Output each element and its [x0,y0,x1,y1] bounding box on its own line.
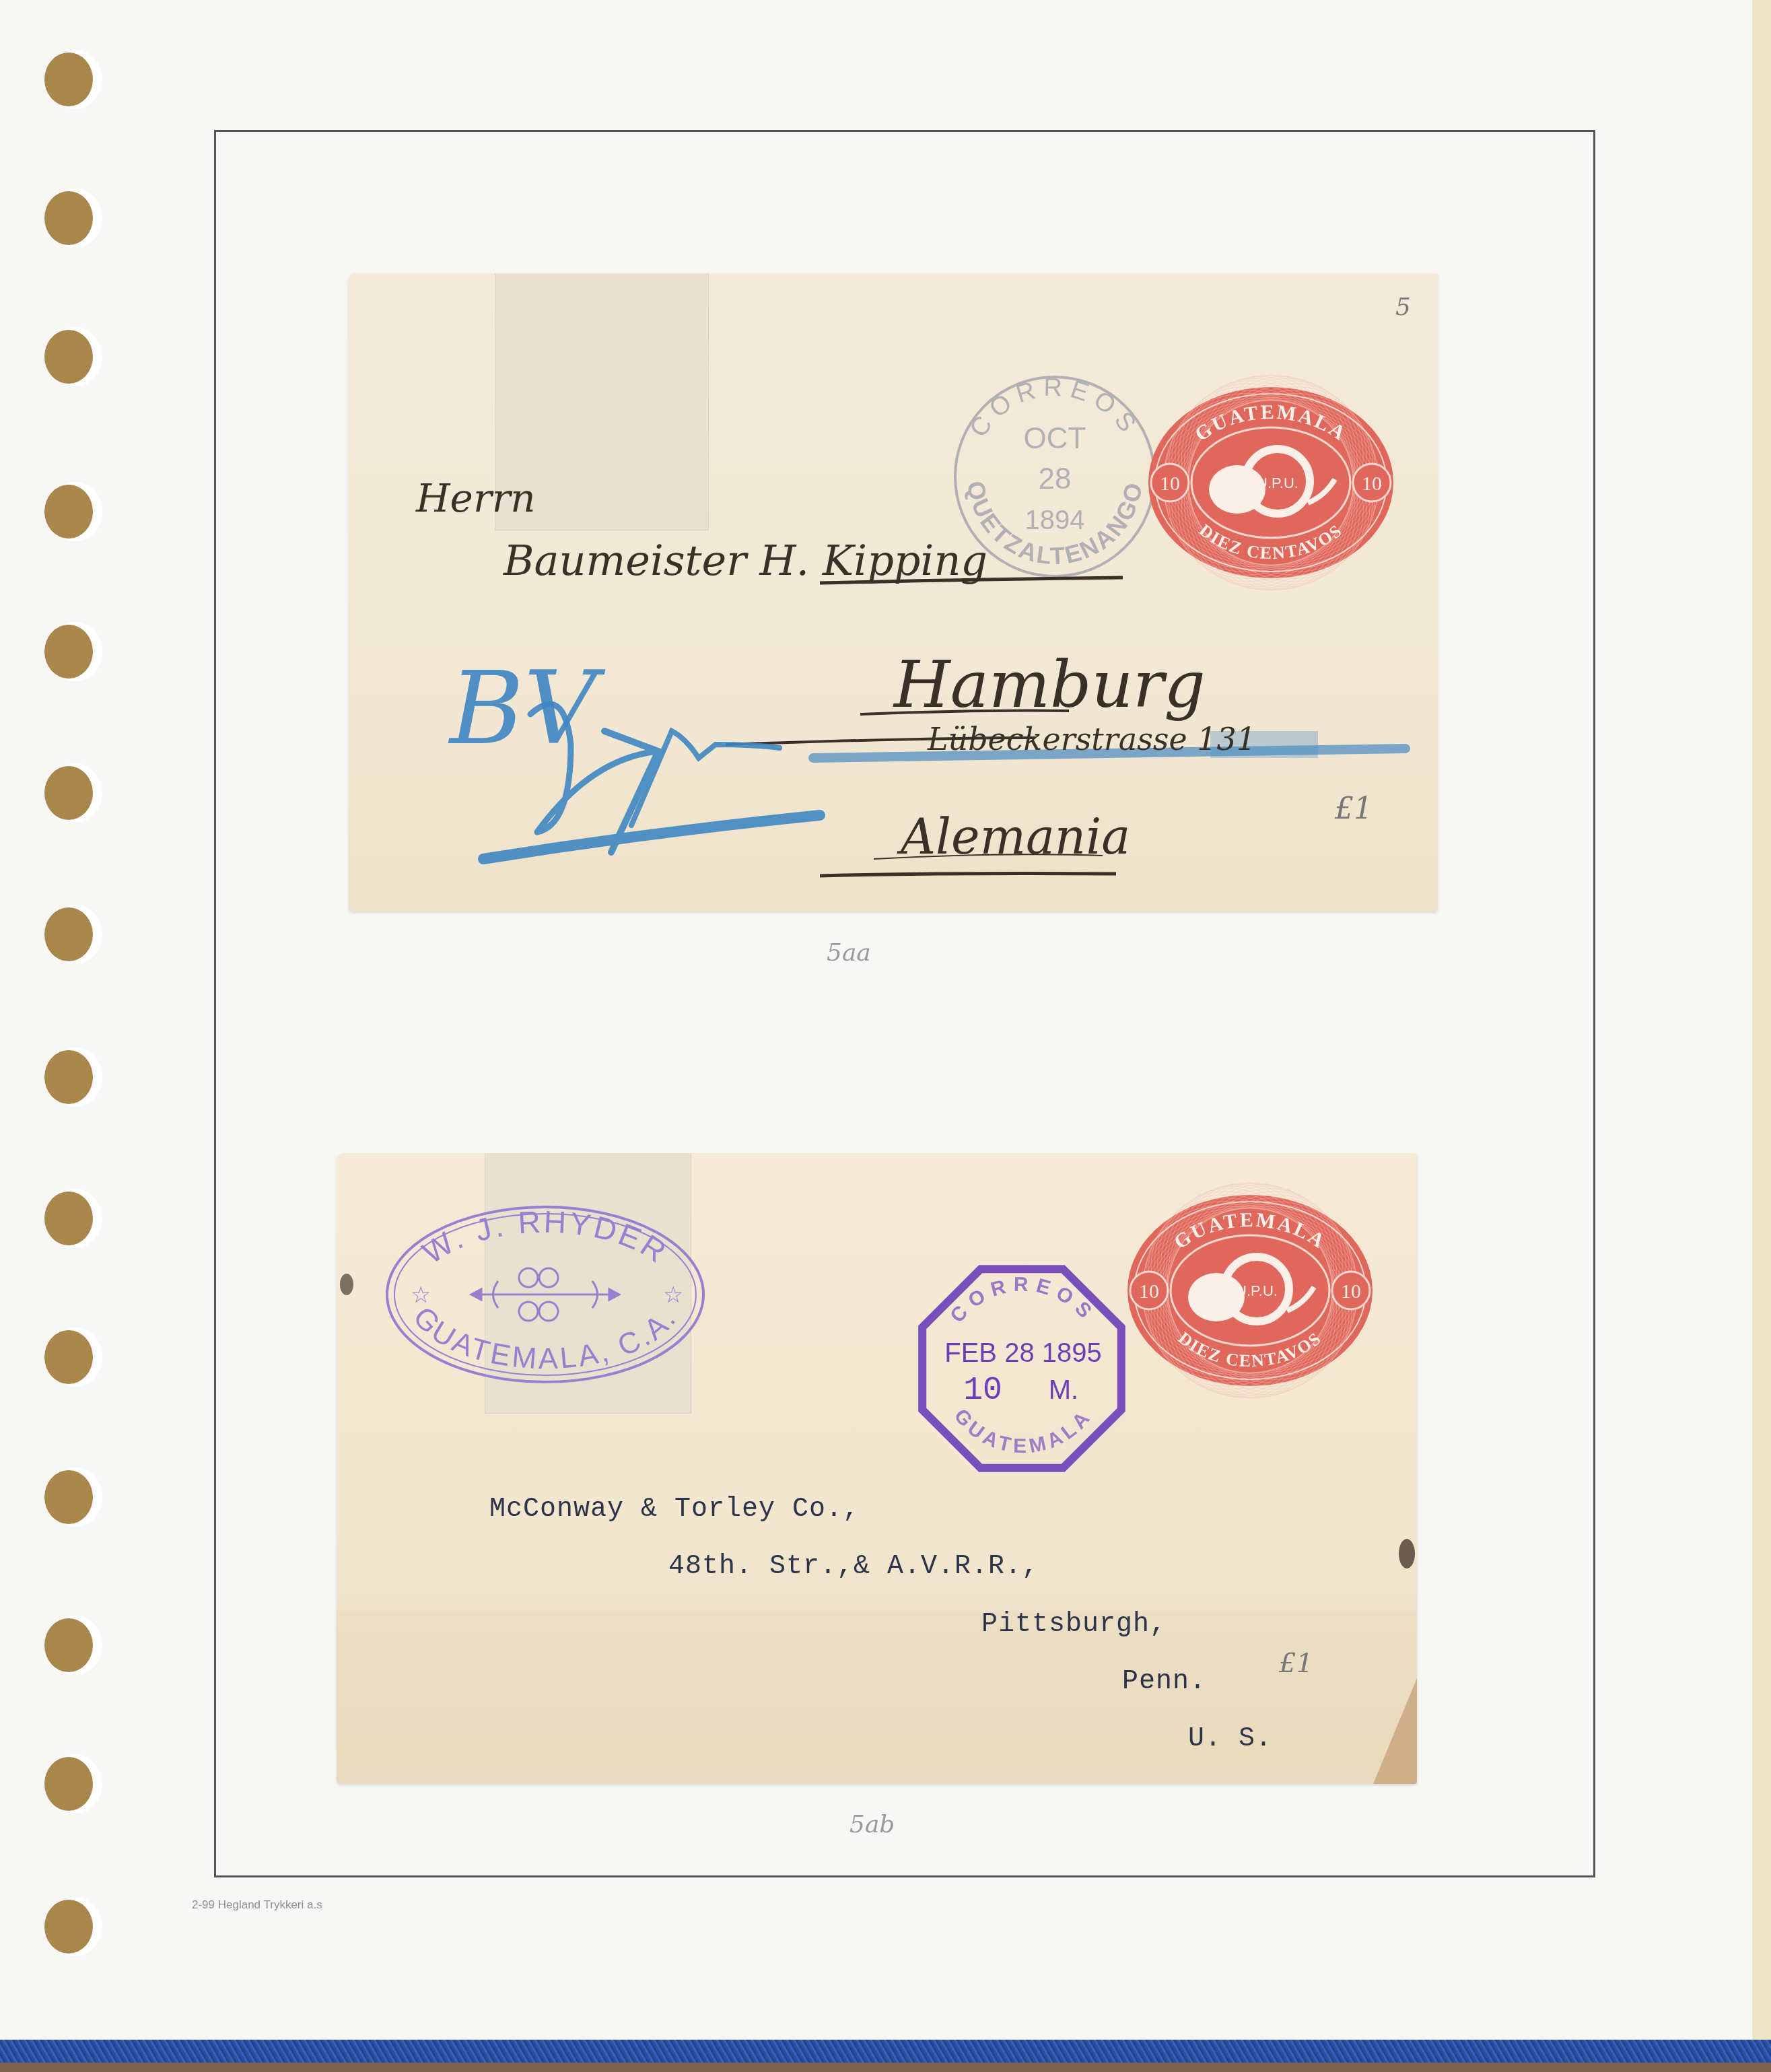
cover-5aa: CORREOS QUETZALTENANGO OCT 28 1894 GUATE… [349,273,1438,911]
binder-hole [44,191,93,245]
cover-5ab: W. J. RHYDER GUATEMALA, C.A. ☆ ☆ FEB 28 … [337,1153,1417,1784]
corner-number: 5 [1395,293,1411,321]
age-stain [1373,1678,1417,1784]
svg-text:10: 10 [1139,1280,1159,1303]
binder-hole [44,53,93,106]
cover-5ab-markings: W. J. RHYDER GUATEMALA, C.A. ☆ ☆ FEB 28 … [337,1153,1417,1784]
address-line-5: U. S. [1188,1724,1272,1754]
binder-hole [44,1330,93,1384]
address-line-4: Alemania [901,808,1130,865]
address-line-3: Pittsburgh, [981,1610,1167,1640]
album-base [0,2063,1771,2072]
binder-hole [44,1192,93,1245]
binder-hole [44,625,93,679]
salutation: Herrn [416,475,536,521]
svg-text:28: 28 [1039,462,1072,495]
svg-text:FEB 28 1895: FEB 28 1895 [944,1338,1102,1368]
binder-hole [44,1900,93,1954]
svg-text:U.P.U.: U.P.U. [1257,475,1298,491]
svg-text:10: 10 [963,1373,1002,1409]
binder-hole [44,907,93,961]
svg-text:W. J. RHYDER: W. J. RHYDER [416,1204,674,1271]
crayon-mark: BV [450,650,597,767]
binder-hole [44,1757,93,1811]
svg-text:GUATEMALA: GUATEMALA [950,1405,1097,1458]
binder-hole [44,766,93,820]
svg-text:M.: M. [1049,1375,1078,1405]
star-icon: ☆ [663,1282,683,1308]
svg-text:U.P.U.: U.P.U. [1236,1282,1278,1299]
binder-hole [44,485,93,539]
sender-handstamp: W. J. RHYDER GUATEMALA, C.A. ☆ ☆ [387,1204,703,1382]
caption-5ab: 5ab [849,1811,895,1838]
cover-5aa-markings: CORREOS QUETZALTENANGO OCT 28 1894 GUATE… [349,273,1438,911]
age-stain [340,1274,353,1295]
svg-text:1894: 1894 [1025,506,1085,535]
svg-text:OCT: OCT [1024,422,1086,455]
page-stack-edge [1752,0,1771,2043]
caption-5aa: 5aa [827,939,871,967]
binder-hole [44,1470,93,1524]
svg-text:10: 10 [1341,1280,1361,1303]
ornament-icon [471,1268,619,1321]
album-binding [0,2040,1771,2064]
address-line-1: Baumeister H. Kipping [503,536,987,585]
imprinted-stamp: GUATEMALADIEZ CENTAVOS1010U.P.U. [1136,347,1406,618]
postmark-octagon: FEB 28 1895 10 M. CORREOS GUATEMALA [922,1269,1121,1468]
age-stain [1399,1539,1415,1568]
svg-text:10: 10 [1160,473,1180,495]
pencil-note: £1 [1279,1648,1313,1679]
address-line-1: McConway & Torley Co., [489,1494,860,1525]
binder-hole [44,1050,93,1104]
address-line-2: Hamburg [894,647,1206,722]
printer-imprint: 2-99 Hegland Trykkeri a.s [192,1898,322,1912]
svg-text:10: 10 [1362,473,1382,495]
address-line-3: Lübeckerstrasse 131 [928,721,1256,757]
pencil-note: £1 [1335,792,1373,826]
address-line-2: 48th. Str.,& A.V.R.R., [668,1552,1039,1582]
address-line-4: Penn. [1122,1667,1206,1697]
star-icon: ☆ [411,1282,431,1308]
binder-hole [44,1618,93,1672]
binder-hole [44,330,93,384]
imprinted-stamp: GUATEMALADIEZ CENTAVOS1010U.P.U. [1115,1155,1385,1426]
